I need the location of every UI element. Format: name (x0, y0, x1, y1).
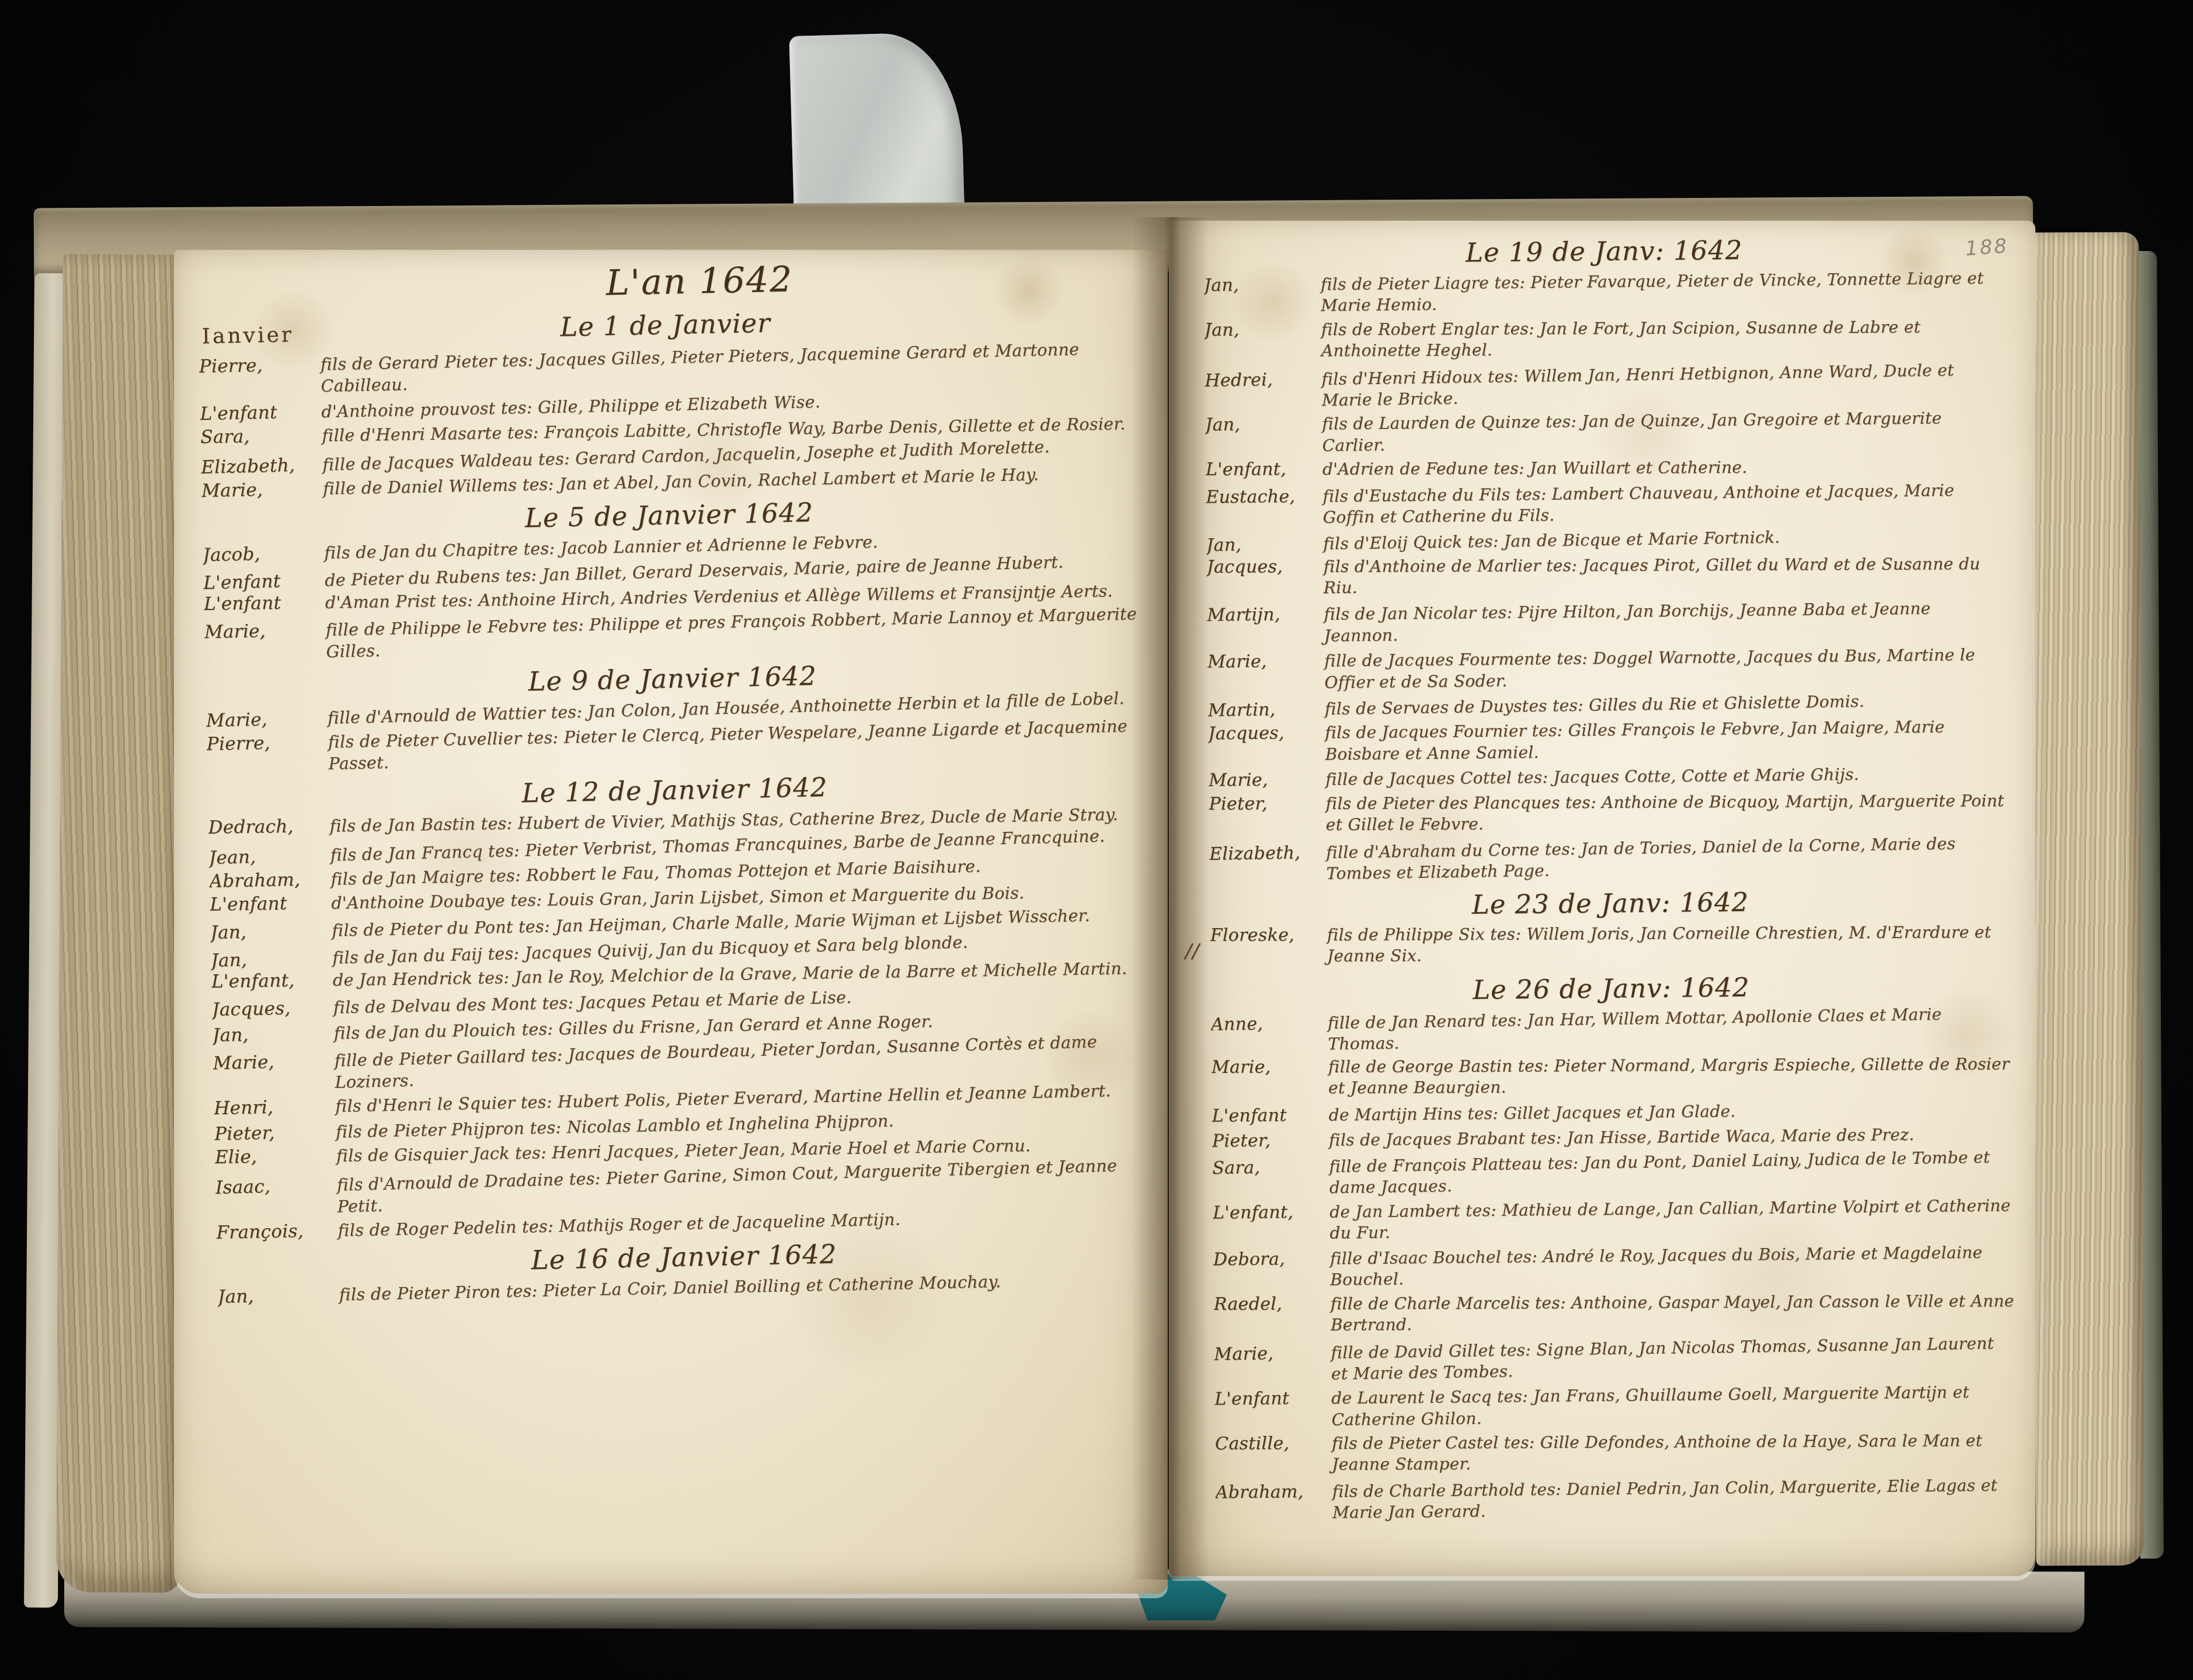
entry-child-name: Abraham, (209, 869, 331, 892)
entry-child-name: Sara, (200, 425, 322, 448)
photo-backdrop: L'an 1642 Ianvier Le 1 de Janvier Pierre… (0, 0, 2193, 1680)
entry-child-name: Marie, (1207, 651, 1324, 672)
register-entry-row: Martijn,fils de Jan Nicolar tes: Pijre H… (1207, 598, 2008, 648)
paper-bookmark-tab (789, 32, 965, 229)
margin-mark: // (1185, 940, 1199, 963)
register-entry-row: Anne,fille de Jan Renard tes: Jan Har, W… (1211, 1003, 2013, 1057)
right-entries: Le 19 de Janv: 1642Jan,fils de Pieter Li… (1203, 232, 2017, 1525)
left-page-text: L'an 1642 Ianvier Le 1 de Janvier Pierre… (197, 251, 1157, 1589)
entry-record-text: fils de Laurden de Quinze tes: Jan de Qu… (1322, 407, 2007, 456)
register-entry-row: Jan,fils de Robert Englar tes: Jan le Fo… (1205, 316, 2006, 363)
entry-record-text: de Jan Lambert tes: Mathieu de Lange, Ja… (1329, 1195, 2014, 1244)
entry-child-name: Pierre, (199, 354, 321, 377)
entry-record-text: d'Adrien de Fedune tes: Jan Wuillart et … (1322, 456, 2007, 480)
entry-child-name: L'enfant (200, 401, 322, 424)
entry-child-name: Eustache, (1206, 486, 1322, 507)
entry-record-text: fils de Pieter des Plancques tes: Anthoi… (1325, 790, 2010, 836)
entry-child-name: Elizabeth, (201, 454, 323, 478)
entry-child-name: Jan, (212, 1023, 334, 1046)
entry-child-name: Henri, (214, 1096, 336, 1119)
entry-record-text: fille de Charle Marcelis tes: Anthoine, … (1331, 1291, 2015, 1336)
date-heading: Le 19 de Janv: 1642 (1203, 232, 2004, 270)
register-entry-row: Marie,fille de Jacques Fourmente tes: Do… (1207, 644, 2009, 695)
entry-child-name: Raedel, (1214, 1294, 1331, 1315)
entry-record-text: fille de David Gillet tes: Signe Blan, J… (1331, 1333, 2016, 1385)
entry-child-name: Elie, (215, 1145, 337, 1168)
entry-child-name: Debora, (1213, 1248, 1330, 1270)
entry-child-name: L'enfant (210, 893, 332, 915)
entry-record-text: fille d'Abraham du Corne tes: Jan de Tor… (1326, 832, 2011, 885)
entry-child-name: L'enfant, (1206, 459, 1322, 480)
entry-child-name: Jan, (1206, 534, 1323, 556)
entry-child-name: Isaac, (215, 1174, 337, 1198)
entry-child-name: Jean, (208, 845, 330, 869)
register-entry-row: Marie,fille de George Bastin tes: Pieter… (1212, 1054, 2013, 1100)
entry-record-text: fille d'Isaac Bouchel tes: André le Roy,… (1330, 1242, 2015, 1291)
entry-record-text: fils d'Eloij Quick tes: Jan de Bicque et… (1323, 524, 2007, 555)
right-page: 188 // Le 19 de Janv: 1642Jan,fils de Pi… (1169, 221, 2035, 1576)
entry-child-name: Sara, (1212, 1156, 1329, 1179)
entry-child-name: Castille, (1215, 1433, 1332, 1454)
register-entry-row: Pieter,fils de Pieter des Plancques tes:… (1209, 790, 2010, 836)
entry-record-text: fils d'Henri Hidoux tes: Willem Jan, Hen… (1321, 359, 2006, 412)
pencil-page-number: 188 (1965, 234, 2010, 260)
entry-child-name: Jacques, (1207, 556, 1324, 577)
register-entry-row: L'enfantde Martijn Hins tes: Gillet Jacq… (1212, 1098, 2013, 1127)
month-margin-label: Ianvier (201, 323, 294, 348)
entry-record-text: fille de George Bastin tes: Pieter Norma… (1328, 1054, 2013, 1099)
entry-child-name: Pierre, (206, 731, 328, 755)
entry-record-text: fils de Jan Nicolar tes: Pijre Hilton, J… (1324, 598, 2008, 647)
entry-record-text: fils de Jacques Brabant tes: Jan Hisse, … (1329, 1123, 2013, 1151)
register-entry-row: Floreske,fils de Philippe Six tes: Wille… (1210, 922, 2011, 968)
entry-record-text: fille de Jan Renard tes: Jan Har, Willem… (1328, 1003, 2013, 1055)
right-fore-edge-pages (2030, 232, 2145, 1566)
register-entry-row: Marie,fille de Jacques Cottel tes: Jacqu… (1209, 763, 2010, 792)
entry-child-name: Elizabeth, (1209, 842, 1326, 865)
register-entry-row: Jan,fils d'Eloij Quick tes: Jan de Bicqu… (1206, 524, 2007, 556)
register-entry-row: Jacques,fils de Jacques Fournier tes: Gi… (1208, 716, 2010, 766)
entry-record-text: de Laurent le Sacq tes: Jan Frans, Ghuil… (1331, 1382, 2016, 1431)
register-entry-row: Abraham,fils de Charle Barthold tes: Dan… (1216, 1475, 2017, 1525)
entry-record-text: fille de Jacques Fourmente tes: Doggel W… (1324, 644, 2009, 693)
entry-child-name: Marie, (1214, 1343, 1331, 1365)
entry-record-text: fils de Pieter Liagre tes: Pieter Favarq… (1321, 267, 2006, 316)
entry-child-name: L'enfant (1214, 1388, 1331, 1410)
register-entry-row: Eustache,fils d'Eustache du Fils tes: La… (1206, 479, 2007, 529)
entry-child-name: Martijn, (1207, 604, 1324, 626)
entry-record-text: de Martijn Hins tes: Gillet Jacques et J… (1328, 1098, 2013, 1126)
entry-child-name: Dedrach, (208, 815, 330, 838)
register-entry-row: Marie,fille de David Gillet tes: Signe B… (1214, 1333, 2016, 1387)
register-entry-row: Jan,fils de Pieter Liagre tes: Pieter Fa… (1204, 267, 2006, 318)
entry-child-name: Marie, (201, 478, 323, 501)
entry-child-name: Abraham, (1216, 1481, 1332, 1503)
entry-record-text: fils de Robert Englar tes: Jan le Fort, … (1321, 316, 2006, 362)
entry-record-text: fils de Jacques Fournier tes: Gilles Fra… (1325, 716, 2010, 765)
register-entry-row: Raedel,fille de Charle Marcelis tes: Ant… (1214, 1291, 2015, 1337)
register-entry-row: Jacques,fils d'Anthoine de Marlier tes: … (1207, 553, 2008, 599)
entry-child-name: Jacques, (1208, 723, 1325, 744)
entry-child-name: Jacques, (212, 997, 334, 1020)
entry-child-name: Jan, (211, 947, 333, 971)
entry-child-name: L'enfant (203, 570, 325, 594)
entry-child-name: L'enfant, (1213, 1202, 1329, 1224)
entry-child-name: Marie, (204, 619, 326, 643)
entry-record-text: fils de Philippe Six tes: Willem Joris, … (1327, 922, 2011, 967)
left-page: L'an 1642 Ianvier Le 1 de Janvier Pierre… (174, 250, 1168, 1594)
entry-child-name: Hedrei, (1205, 369, 1321, 391)
entry-record-text: fils d'Anthoine de Marlier tes: Jacques … (1324, 553, 2008, 599)
entry-child-name: L'enfant (1212, 1104, 1328, 1126)
register-entry-row: Sara,fille de François Platteau tes: Jan… (1212, 1146, 2014, 1201)
register-entry-row: Castille,fils de Pieter Castel tes: Gill… (1215, 1430, 2016, 1476)
register-entry-row: Elizabeth,fille d'Abraham du Corne tes: … (1209, 832, 2011, 887)
entry-child-name: Marie, (206, 707, 328, 731)
entry-child-name: Floreske, (1210, 925, 1327, 946)
left-entries: Pierre,fils de Gerard Pieter tes: Jacque… (199, 337, 1151, 1308)
register-entry-row: Jan,fils de Laurden de Quinze tes: Jan d… (1205, 407, 2007, 458)
entry-child-name: L'enfant (204, 592, 326, 615)
entry-child-name: Marie, (1212, 1057, 1328, 1078)
entry-child-name: François, (216, 1220, 338, 1243)
entry-child-name: Pieter, (1209, 793, 1325, 814)
register-entry-row: L'enfant,de Jan Lambert tes: Mathieu de … (1213, 1195, 2014, 1245)
entry-child-name: Jan, (1204, 274, 1321, 296)
entry-child-name: Anne, (1211, 1013, 1328, 1035)
entry-record-text: fille de François Platteau tes: Jan du P… (1329, 1146, 2014, 1199)
entry-child-name: Martin, (1208, 699, 1325, 721)
left-page-deckle-edges (56, 254, 187, 1592)
right-page-text: Le 19 de Janv: 1642Jan,fils de Pieter Li… (1203, 225, 2017, 1569)
entry-record-text: fils de Servaes de Duystes tes: Gilles d… (1325, 689, 2009, 720)
entry-child-name: Jacob, (203, 542, 325, 566)
entry-child-name: Marie, (213, 1050, 335, 1074)
register-entry-row: Hedrei,fils d'Henri Hidoux tes: Willem J… (1205, 359, 2006, 413)
entry-child-name: Pieter, (214, 1121, 336, 1145)
entry-record-text: fille de Philippe le Febvre tes: Philipp… (326, 603, 1139, 663)
entry-child-name: Marie, (1209, 769, 1325, 791)
date-heading: Le 23 de Janv: 1642 (1210, 884, 2011, 923)
register-entry-row: L'enfant,d'Adrien de Fedune tes: Jan Wui… (1206, 456, 2007, 480)
entry-child-name: Jan, (1205, 414, 1322, 435)
entry-child-name: Jan, (210, 920, 332, 943)
entry-record-text: fils de Pieter Castel tes: Gille Defonde… (1332, 1430, 2016, 1476)
entry-record-text: fils d'Eustache du Fils tes: Lambert Cha… (1322, 479, 2007, 528)
register-entry-row: Debora,fille d'Isaac Bouchel tes: André … (1213, 1242, 2015, 1292)
entry-child-name: Pieter, (1212, 1130, 1329, 1152)
entry-child-name: L'enfant, (211, 970, 333, 992)
register-entry-row: L'enfantde Laurent le Sacq tes: Jan Fran… (1214, 1382, 2016, 1432)
entry-child-name: Jan, (217, 1284, 339, 1308)
date-heading: Le 26 de Janv: 1642 (1210, 969, 2011, 1008)
entry-child-name: Jan, (1205, 319, 1321, 340)
entry-record-text: fils de Charle Barthold tes: Daniel Pedr… (1332, 1475, 2017, 1524)
entry-record-text: fille de Jacques Cottel tes: Jacques Cot… (1325, 763, 2010, 791)
